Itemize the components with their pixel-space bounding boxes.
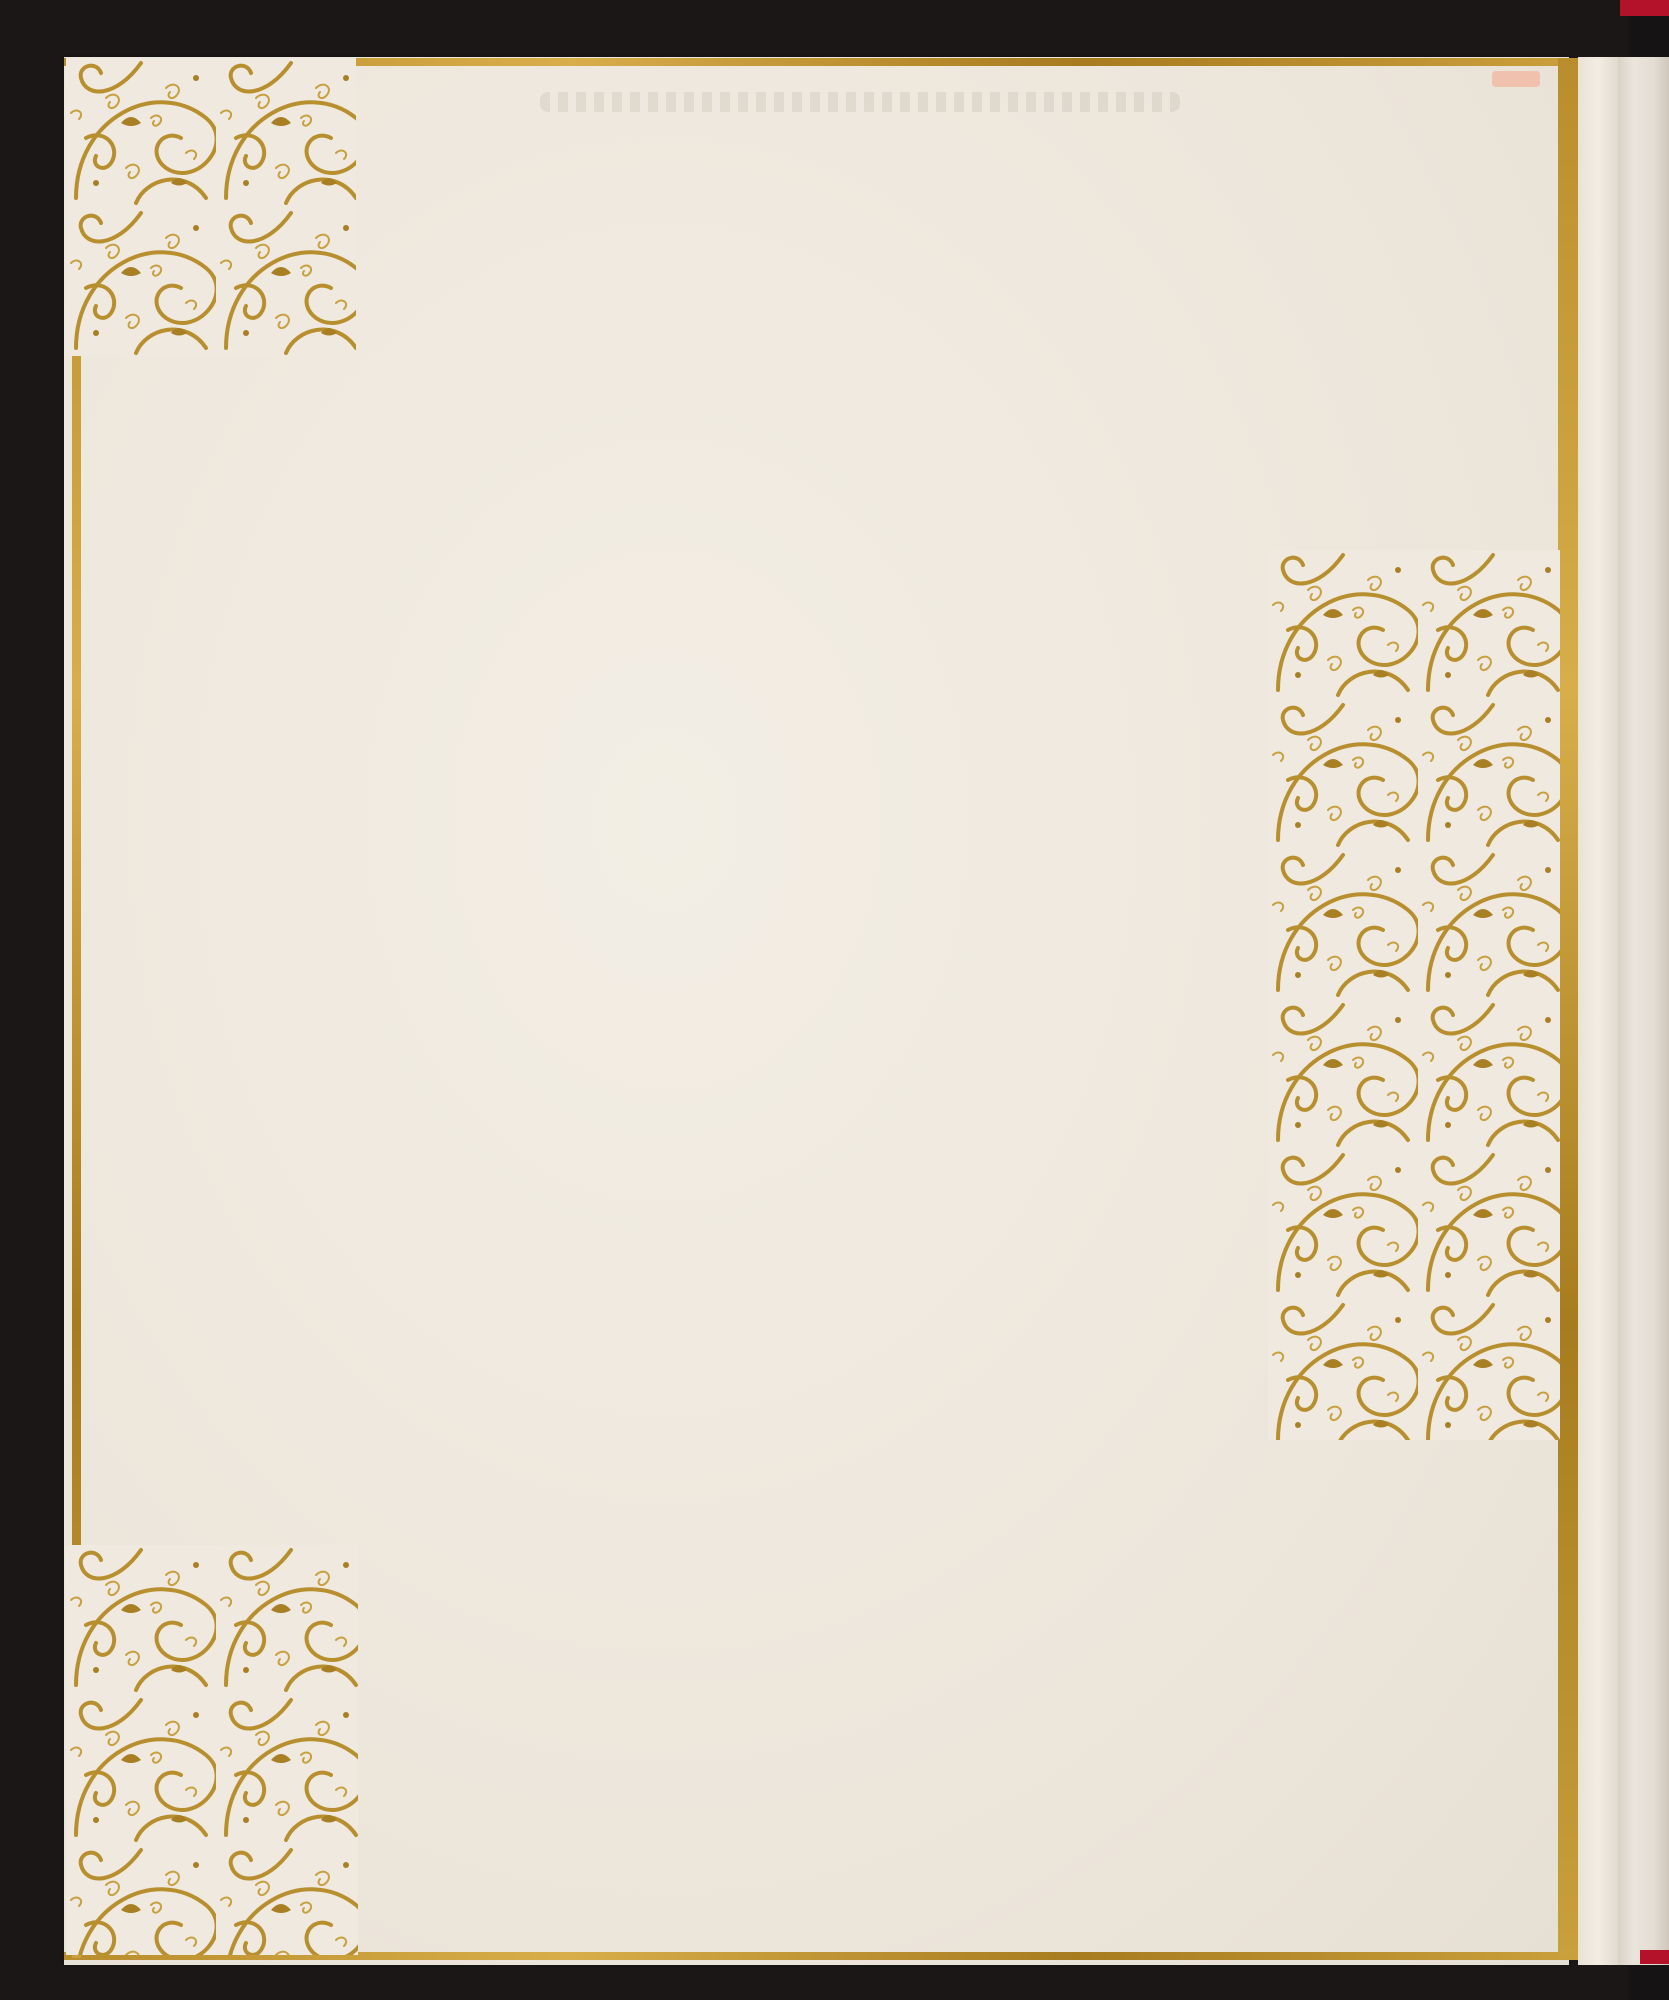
pink-stain (1492, 71, 1540, 87)
scrollwork-icon (66, 58, 356, 356)
ornament-right-tall (1268, 550, 1560, 1440)
gilt-spine-band (1558, 58, 1580, 1958)
page-edges (1618, 57, 1669, 1965)
faint-show-through-text (540, 92, 1180, 112)
red-binding-tab-top (1620, 0, 1669, 16)
hinge-strip (1578, 57, 1618, 1965)
ornament-top-left (66, 58, 356, 356)
scrollwork-icon (66, 1545, 358, 1955)
scrollwork-icon (1268, 550, 1560, 1440)
red-binding-tab-bottom (1640, 1950, 1669, 1964)
ornament-bottom-left (66, 1545, 358, 1955)
